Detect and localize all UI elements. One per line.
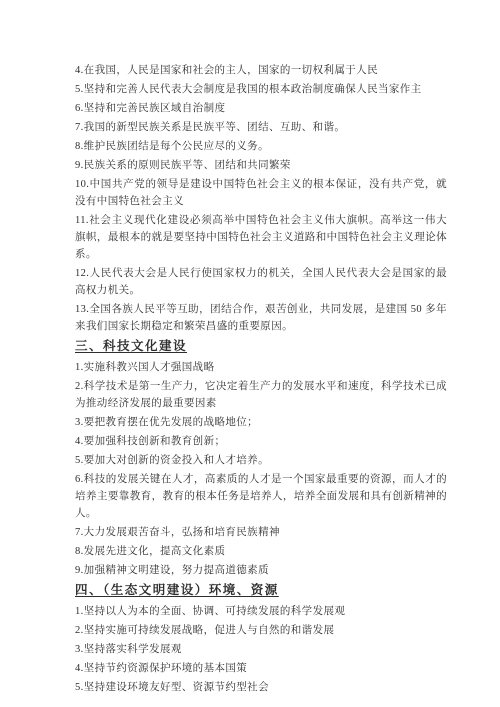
list-item-text: 11.社会主义现代化建设必须高举中国特色社会主义伟大旗帜。高举这一伟大旗帜，最根… (75, 212, 447, 263)
list-item-text: 1.坚持以人为本的全面、协调、可持续发展的科学发展观 (75, 603, 447, 620)
list-item-text: 9.加强精神文明建设，努力提高道德素质 (75, 562, 447, 579)
list-item-text: 8.维护民族团结是每个公民应尽的义务。 (75, 138, 447, 155)
list-item-text: 10.中国共产党的领导是建设中国特色社会主义的根本保证，没有共产党，就没有中国特… (75, 176, 447, 210)
list-item-text: 1.实施科教兴国人才强国战略 (75, 359, 447, 376)
list-item-text: 6.科技的发展关键在人才，高素质的人才是一个国家最重要的资源，而人才的培养主要靠… (75, 471, 447, 522)
list-item-text: 7.我国的新型民族关系是民族平等、团结、互助、和谐。 (75, 119, 447, 136)
list-item-text: 8.发展先进文化，提高文化素质 (75, 543, 447, 560)
list-item-text: 7.大力发展艰苦奋斗，弘扬和培育民族精神 (75, 524, 447, 541)
section-heading: 四、（生态文明建设）环境、资源 (75, 581, 447, 599)
section-heading: 三、科技文化建设 (75, 337, 447, 355)
list-item-text: 6.坚持和完善民族区域自治制度 (75, 100, 447, 117)
list-item-text: 3.坚持落实科学发展观 (75, 641, 447, 658)
list-item-text: 5.坚持和完善人民代表大会制度是我国的根本政治制度确保人民当家作主 (75, 81, 447, 98)
list-item-text: 4.坚持节约资源保护环境的基本国策 (75, 660, 447, 677)
list-item-text: 2.坚持实施可持续发展战略，促进人与自然的和谐发展 (75, 622, 447, 639)
list-item-text: 5.要加大对创新的资金投入和人才培养。 (75, 452, 447, 469)
list-item-text: 2.科学技术是第一生产力，它决定着生产力的发展水平和速度，科学技术已成为推动经济… (75, 378, 447, 412)
list-item-text: 4.要加强科技创新和教育创新； (75, 433, 447, 450)
list-item-text: 12.人民代表大会是人民行使国家权力的机关，全国人民代表大会是国家的最高权力机关… (75, 265, 447, 299)
list-item-text: 3.要把教育摆在优先发展的战略地位； (75, 414, 447, 431)
document-page: 4.在我国，人民是国家和社会的主人，国家的一切权利属于人民5.坚持和完善人民代表… (0, 0, 500, 707)
list-item-text: 9.民族关系的原则民族平等、团结和共同繁荣 (75, 157, 447, 174)
list-item-text: 4.在我国，人民是国家和社会的主人，国家的一切权利属于人民 (75, 62, 447, 79)
list-item-text: 5.坚持建设环境友好型、资源节约型社会 (75, 679, 447, 696)
list-item-text: 13.全国各族人民平等互助，团结合作，艰苦创业，共同发展，是建国 50 多年来我… (75, 301, 447, 335)
